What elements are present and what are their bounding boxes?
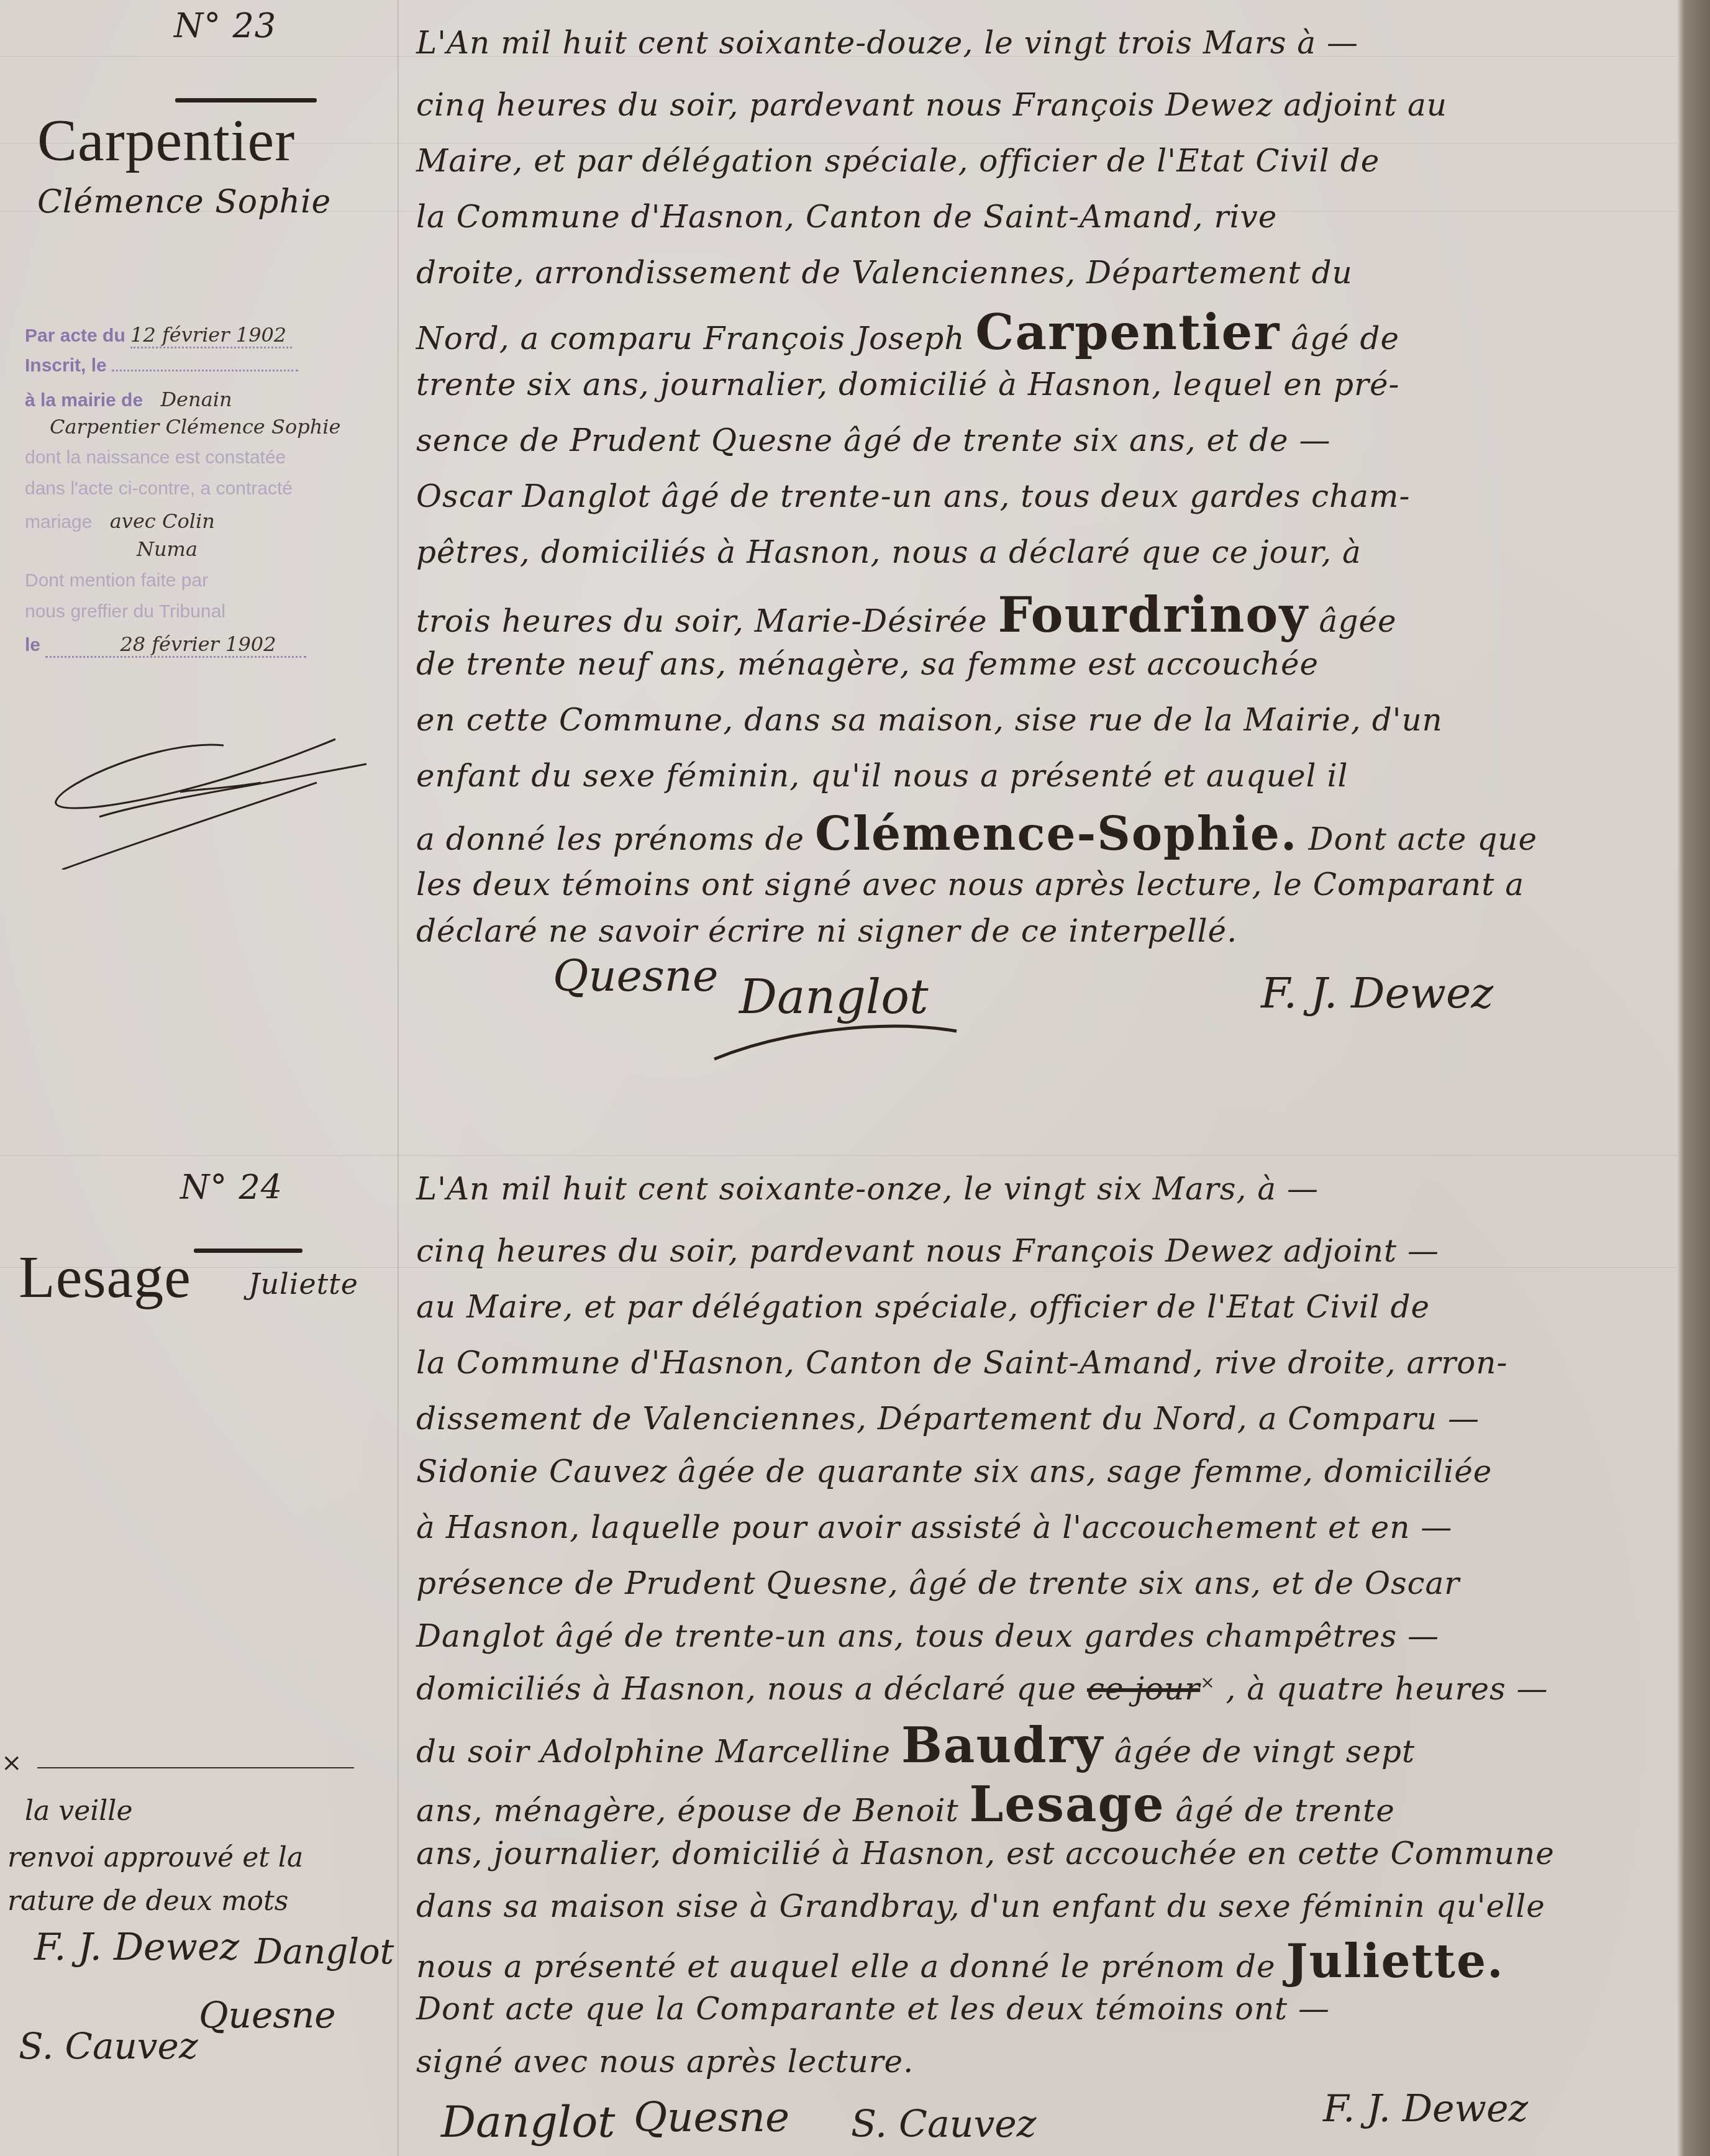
text-line: Maire, et par délégation spéciale, offic… [416, 143, 1380, 179]
text-line: Nord, a comparu François Joseph Carpenti… [416, 304, 1399, 361]
text-line: enfant du sexe féminin, qu'il nous a pré… [416, 758, 1348, 794]
stamp-label: nous greffier du Tribunal [25, 601, 225, 622]
text-line: Dont acte que la Comparante et les deux … [416, 1991, 1330, 2027]
text-segment: trois heures du soir, Marie-Désirée [416, 603, 988, 639]
note-rule [37, 1767, 354, 1768]
text-line: L'An mil huit cent soixante-douze, le vi… [416, 25, 1358, 61]
text-line: cinq heures du soir, pardevant nous Fran… [416, 1233, 1439, 1269]
signature-quesne: Quesne [634, 2093, 789, 2141]
text-segment: Nord, a comparu François Joseph [416, 321, 965, 357]
text-line: la Commune d'Hasnon, Canton de Saint-Ama… [416, 199, 1277, 235]
text-line: nous a présenté et auquel elle a donné l… [416, 1935, 1504, 1988]
text-segment: du soir Adolphine Marcelline [416, 1734, 891, 1770]
mother-surname: Baudry [901, 1717, 1104, 1774]
note-signature-quesne: Quesne [199, 1994, 336, 2036]
stamp-label: Dont mention faite par [25, 570, 208, 591]
text-line: ans, journalier, domicilié à Hasnon, est… [416, 1835, 1555, 1872]
text-line: Sidonie Cauvez âgée de quarante six ans,… [416, 1453, 1492, 1490]
text-line: la Commune d'Hasnon, Canton de Saint-Ama… [416, 1345, 1508, 1381]
text-line: en cette Commune, dans sa maison, sise r… [416, 702, 1443, 738]
text-line: de trente neuf ans, ménagère, sa femme e… [416, 646, 1319, 682]
signature-dewez: F. J. Dewez [1323, 2087, 1528, 2131]
text-line: les deux témoins ont signé avec nous apr… [416, 866, 1524, 903]
stamp-spouse-given: Numa [137, 537, 198, 561]
stamp-commune: Denain [160, 388, 232, 411]
text-line: trente six ans, journalier, domicilié à … [416, 366, 1399, 403]
stamp-label: mariage [25, 512, 92, 532]
signature-dewez: F. J. Dewez [1261, 969, 1493, 1018]
note-marker: × [1, 1749, 22, 1777]
text-segment: âgé de trente [1176, 1793, 1395, 1829]
text-segment: Dont acte que [1308, 821, 1537, 857]
text-line: a donné les prénoms de Clémence-Sophie. … [416, 807, 1537, 861]
insertion-mark: × [1200, 1672, 1215, 1693]
father-surname: Carpentier [975, 304, 1280, 361]
stamp-date: 28 février 1902 [120, 632, 276, 656]
text-line: au Maire, et par délégation spéciale, of… [416, 1289, 1430, 1325]
separator-bar [194, 1249, 302, 1253]
text-line: dissement de Valenciennes, Département d… [416, 1401, 1480, 1437]
act-number-24: N° 24 [180, 1168, 283, 1207]
text-line: trois heures du soir, Marie-Désirée Four… [416, 587, 1397, 644]
text-segment: domiciliés à Hasnon, nous a déclaré que [416, 1671, 1076, 1707]
text-segment: ans, ménagère, épouse de Benoit [416, 1793, 959, 1829]
text-line: déclaré ne savoir écrire ni signer de ce… [416, 913, 1237, 949]
text-segment: âgée de vingt sept [1114, 1734, 1415, 1770]
text-line: droite, arrondissement de Valenciennes, … [416, 255, 1353, 291]
separator-bar [175, 98, 317, 102]
text-line: domiciliés à Hasnon, nous a déclaré que … [416, 1671, 1549, 1707]
stamp-label: Inscrit, le [25, 355, 107, 376]
mother-surname: Fourdrinoy [998, 587, 1308, 644]
text-line: à Hasnon, laquelle pour avoir assisté à … [416, 1509, 1452, 1545]
note-signature-dewez: F. J. Dewez [34, 1926, 239, 1969]
stamp-label: dans l'acte ci-contre, a contracté [25, 478, 293, 499]
child-given-name: Juliette. [1286, 1935, 1504, 1988]
note-signature-cauvez: S. Cauvez [19, 2025, 198, 2067]
text-line: Oscar Danglot âgé de trente-un ans, tous… [416, 478, 1410, 514]
signature-cauvez: S. Cauvez [851, 2103, 1036, 2146]
text-segment: âgée [1319, 603, 1397, 639]
greffier-signature-icon [37, 733, 373, 870]
child-given-names: Clémence-Sophie. [815, 807, 1298, 861]
margin-surname-lesage: Lesage [19, 1242, 191, 1311]
stamp-date: 12 février 1902 [130, 323, 286, 347]
stamp-label: dont la naissance est constatée [25, 447, 286, 468]
text-line: Danglot âgé de trente-un ans, tous deux … [416, 1618, 1439, 1654]
text-line: sence de Prudent Quesne âgé de trente si… [416, 422, 1331, 458]
act-number-23: N° 23 [174, 6, 276, 45]
signature-flourish-icon [708, 1006, 969, 1062]
struck-text: ce jour [1087, 1671, 1200, 1707]
text-line: pêtres, domiciliés à Hasnon, nous a décl… [416, 534, 1362, 570]
act-text-column: L'An mil huit cent soixante-douze, le vi… [404, 0, 1677, 2156]
text-line: présence de Prudent Quesne, âgé de trent… [416, 1565, 1460, 1601]
signature-danglot: Danglot [441, 2096, 615, 2147]
margin-given-names: Juliette [248, 1267, 358, 1301]
stamp-label: le [25, 635, 40, 655]
text-segment: a donné les prénoms de [416, 821, 804, 857]
text-segment: âgé de [1291, 321, 1399, 357]
left-margin: N° 23 Carpentier Clémence Sophie Par act… [0, 0, 398, 2156]
note-line: renvoi approuvé et la [7, 1842, 303, 1873]
note-line: rature de deux mots [7, 1885, 288, 1917]
margin-rule [398, 0, 399, 2156]
text-line: cinq heures du soir, pardevant nous Fran… [416, 87, 1447, 123]
text-line: du soir Adolphine Marcelline Baudry âgée… [416, 1717, 1415, 1774]
stamp-label: Par acte du [25, 325, 125, 346]
text-line: ans, ménagère, épouse de Benoit Lesage â… [416, 1776, 1395, 1833]
father-surname: Lesage [970, 1776, 1165, 1833]
margin-given-names: Clémence Sophie [37, 183, 331, 221]
text-segment: , à quatre heures — [1226, 1671, 1549, 1707]
text-line: signé avec nous après lecture. [416, 2044, 914, 2080]
signature-quesne: Quesne [553, 950, 718, 1001]
text-line: dans sa maison sise à Grandbray, d'un en… [416, 1888, 1545, 1924]
stamp-person: Carpentier Clémence Sophie [50, 415, 340, 439]
margin-surname-carpentier: Carpentier [37, 106, 295, 175]
text-line: L'An mil huit cent soixante-onze, le vin… [416, 1171, 1319, 1207]
stamp-label: à la mairie de [25, 390, 143, 411]
stamp-spouse: avec Colin [110, 509, 215, 533]
text-segment: nous a présenté et auquel elle a donné l… [416, 1949, 1276, 1985]
note-signature-danglot: Danglot [255, 1932, 394, 1972]
note-line: la veille [25, 1795, 132, 1827]
